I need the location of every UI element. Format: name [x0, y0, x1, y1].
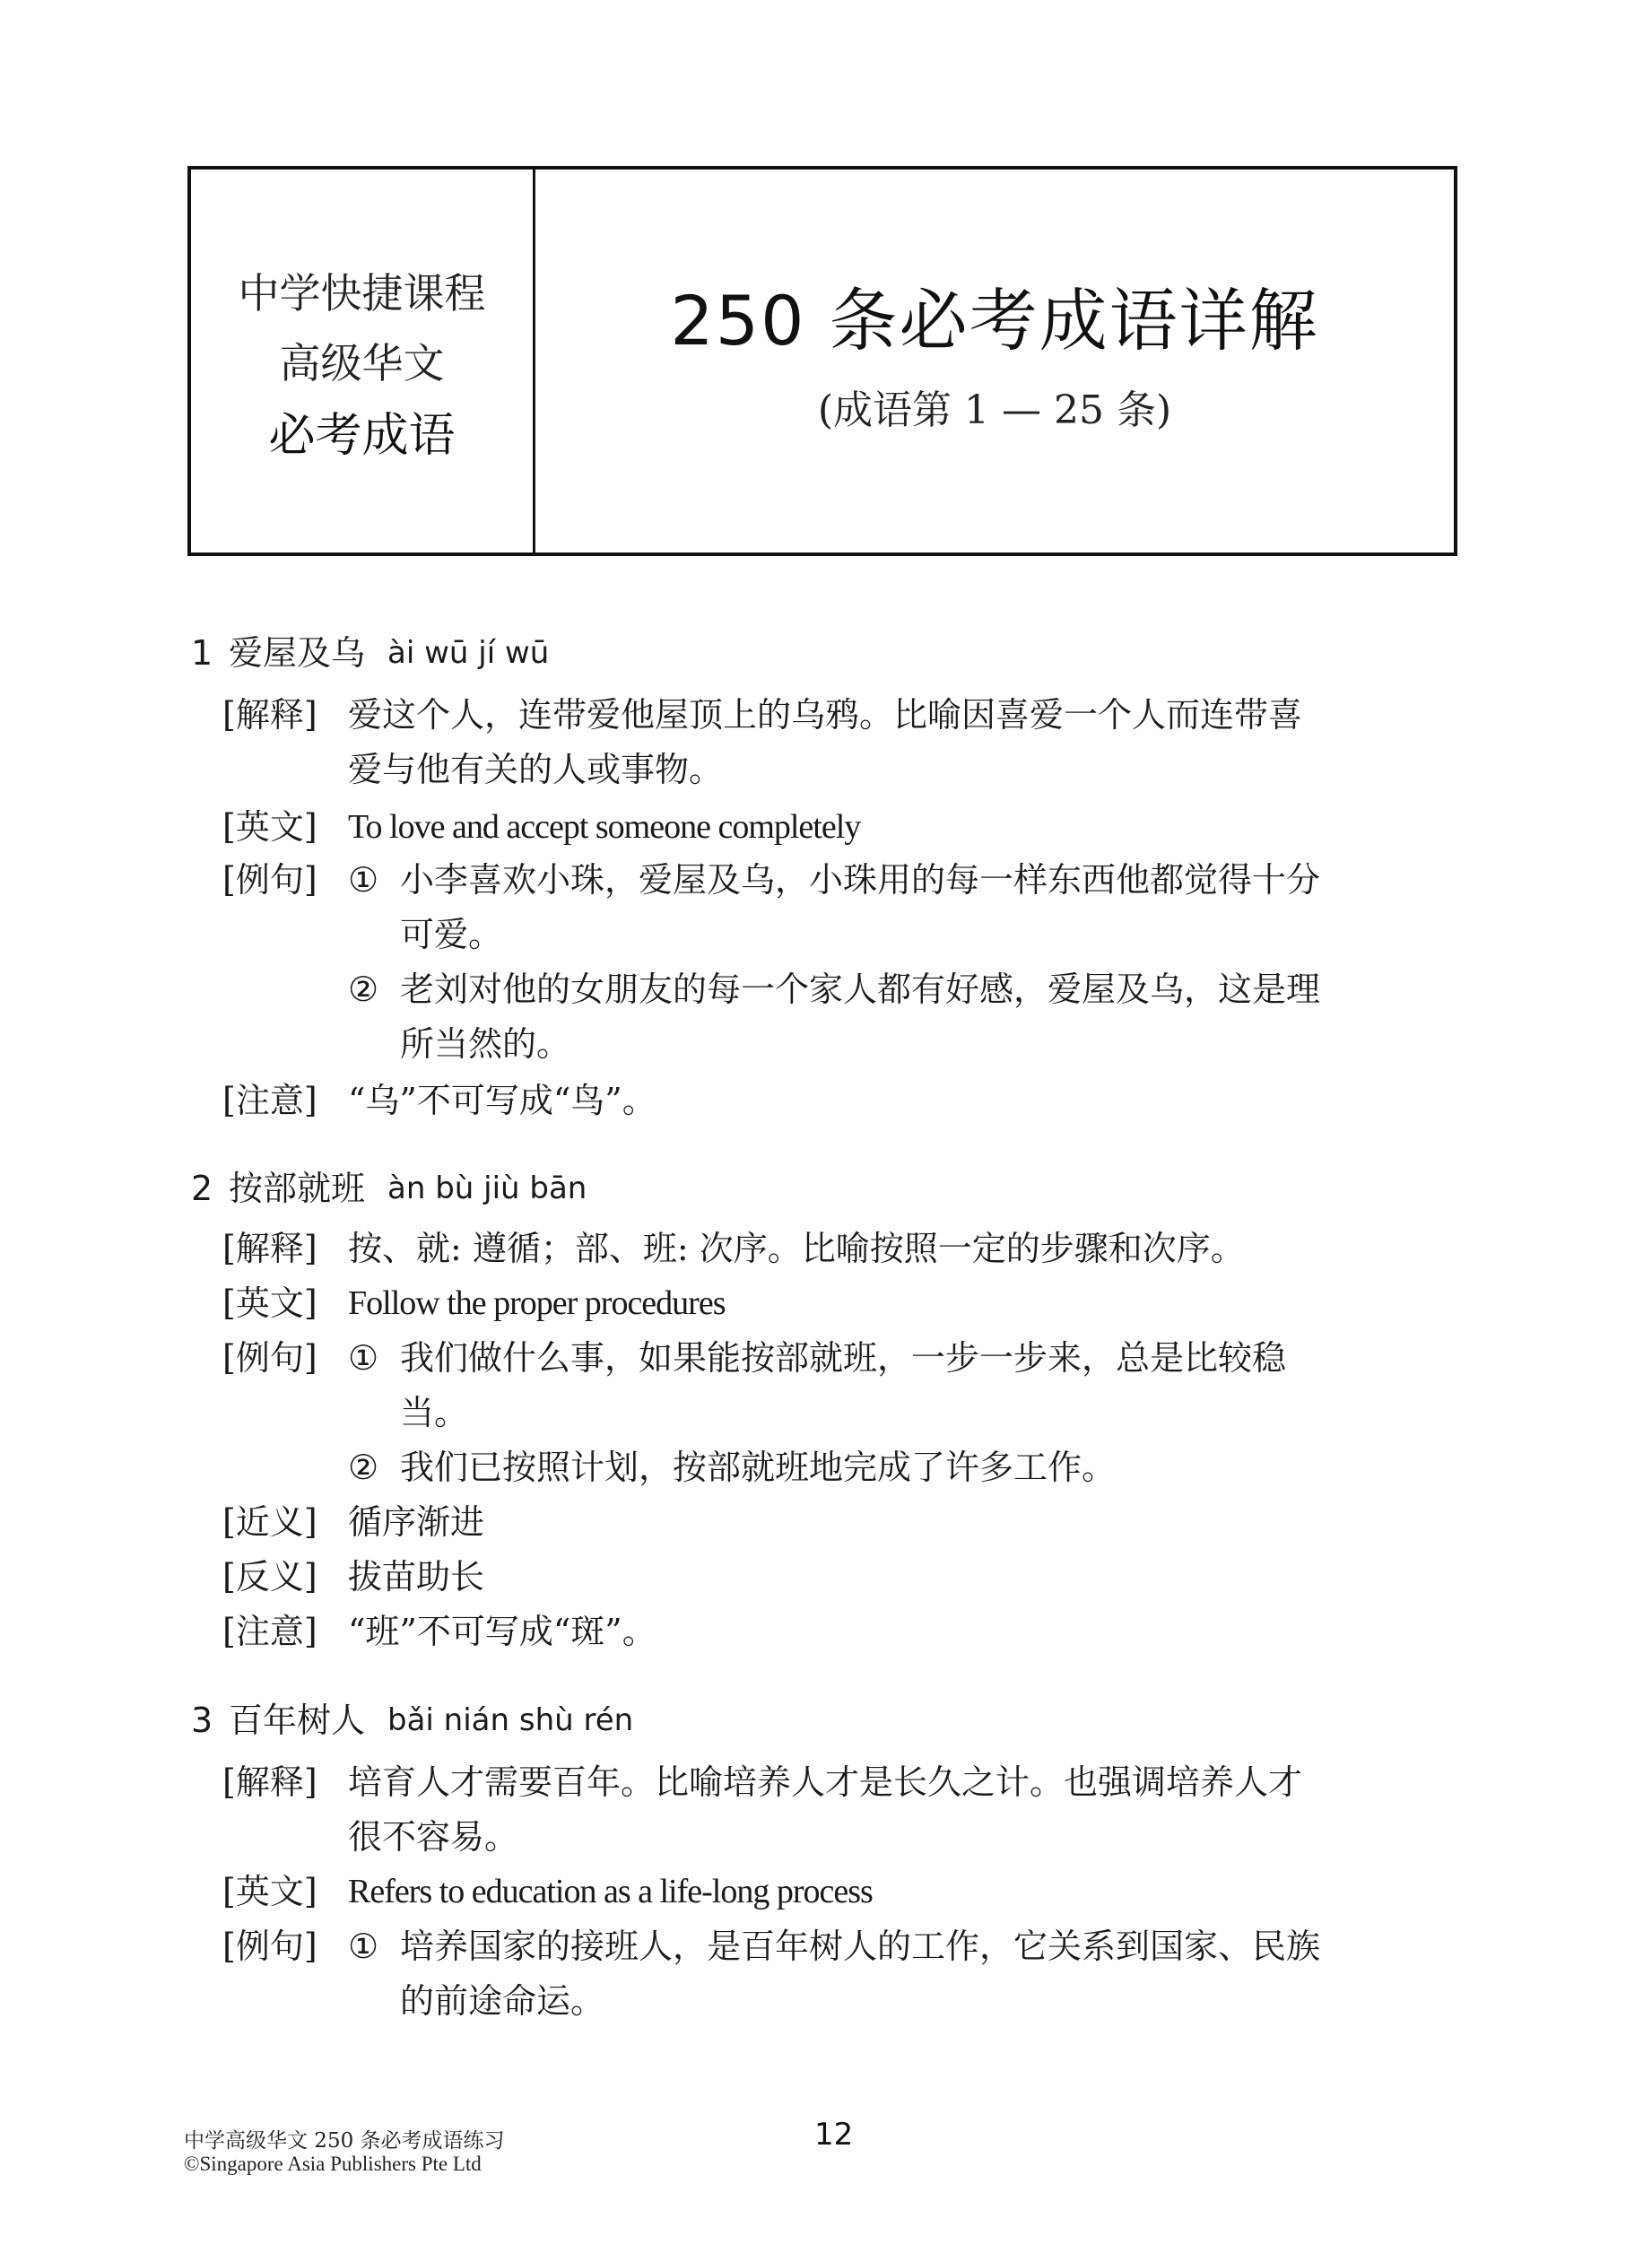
label-explanation: [解释]: [222, 693, 317, 736]
example-text: 我们已按照计划，按部就班地完成了许多工作。: [400, 1446, 1116, 1489]
label-english: [英文]: [222, 1870, 317, 1913]
example-marker: ①: [348, 1336, 378, 1379]
explanation-text-cont: 爱与他有关的人或事物。: [348, 748, 723, 791]
entry-pinyin: ài wū jí wū: [387, 631, 549, 674]
explanation-text: 按、就: 遵循；部、班: 次序。比喻按照一定的步骤和次序。: [348, 1227, 1245, 1270]
note-text: “班”不可写成“斑”。: [348, 1610, 656, 1653]
footer-book-title: 中学高级华文 250 条必考成语练习: [184, 2124, 505, 2153]
label-synonym: [近义]: [222, 1501, 317, 1544]
example-marker: ①: [348, 858, 378, 901]
footer-copyright: ©Singapore Asia Publishers Pte Ltd: [184, 2153, 482, 2176]
example-text: 我们做什么事，如果能按部就班，一步一步来，总是比较稳: [400, 1336, 1286, 1379]
antonym-text: 拔苗助长: [348, 1555, 484, 1598]
note-text: “乌”不可写成“鸟”。: [348, 1079, 656, 1122]
label-example: [例句]: [222, 858, 317, 901]
entry-pinyin: àn bù jiù bān: [387, 1167, 587, 1210]
example-text-cont: 可爱。: [400, 913, 502, 956]
label-note: [注意]: [222, 1079, 317, 1122]
entry-number: 2: [191, 1167, 213, 1210]
example-marker: ①: [348, 1925, 378, 1968]
title-box: 中学快捷课程 高级华文 必考成语 250 条必考成语详解 (成语第 1 — 25…: [187, 166, 1457, 556]
label-antonym: [反义]: [222, 1555, 317, 1598]
entry-idiom: 爱屋及乌: [229, 631, 365, 674]
entry-number: 3: [191, 1699, 213, 1742]
label-example: [例句]: [222, 1336, 317, 1379]
label-note: [注意]: [222, 1610, 317, 1653]
label-explanation: [解释]: [222, 1761, 317, 1804]
example-text: 小李喜欢小珠，爱屋及乌，小珠用的每一样东西他都觉得十分: [400, 858, 1320, 901]
example-text-cont: 所当然的。: [400, 1022, 570, 1066]
english-text: To love and accept someone completely: [348, 805, 860, 848]
label-example: [例句]: [222, 1925, 317, 1968]
example-text-cont: 的前途命运。: [400, 1979, 604, 2023]
page-number: 12: [814, 2117, 853, 2153]
entry-idiom: 百年树人: [229, 1699, 365, 1742]
example-marker: ②: [348, 968, 378, 1011]
synonym-text: 循序渐进: [348, 1501, 484, 1544]
english-text: Follow the proper procedures: [348, 1282, 726, 1325]
course-label-panel: 中学快捷课程 高级华文 必考成语: [191, 170, 535, 552]
label-english: [英文]: [222, 1282, 317, 1325]
explanation-text-cont: 很不容易。: [348, 1815, 518, 1858]
course-level: 高级华文: [280, 328, 445, 398]
entry-number: 1: [191, 631, 213, 674]
page-title: 250 条必考成语详解: [670, 276, 1318, 366]
course-topic: 必考成语: [268, 398, 455, 474]
example-text-cont: 当。: [400, 1391, 468, 1434]
entry-idiom: 按部就班: [229, 1167, 365, 1210]
example-text: 老刘对他的女朋友的每一个家人都有好感，爱屋及乌，这是理: [400, 968, 1320, 1011]
example-marker: ②: [348, 1446, 378, 1489]
english-text: Refers to education as a life-long proce…: [348, 1870, 873, 1913]
label-explanation: [解释]: [222, 1227, 317, 1270]
entry-pinyin: bǎi nián shù rén: [387, 1699, 633, 1742]
page-subtitle: (成语第 1 — 25 条): [818, 375, 1171, 447]
course-name: 中学快捷课程: [239, 258, 486, 328]
explanation-text: 爱这个人，连带爱他屋顶上的乌鸦。比喻因喜爱一个人而连带喜: [348, 693, 1302, 736]
label-english: [英文]: [222, 805, 317, 848]
title-panel: 250 条必考成语详解 (成语第 1 — 25 条): [535, 170, 1454, 552]
example-text: 培养国家的接班人，是百年树人的工作，它关系到国家、民族: [400, 1925, 1320, 1968]
explanation-text: 培育人才需要百年。比喻培养人才是长久之计。也强调培养人才: [348, 1761, 1302, 1804]
